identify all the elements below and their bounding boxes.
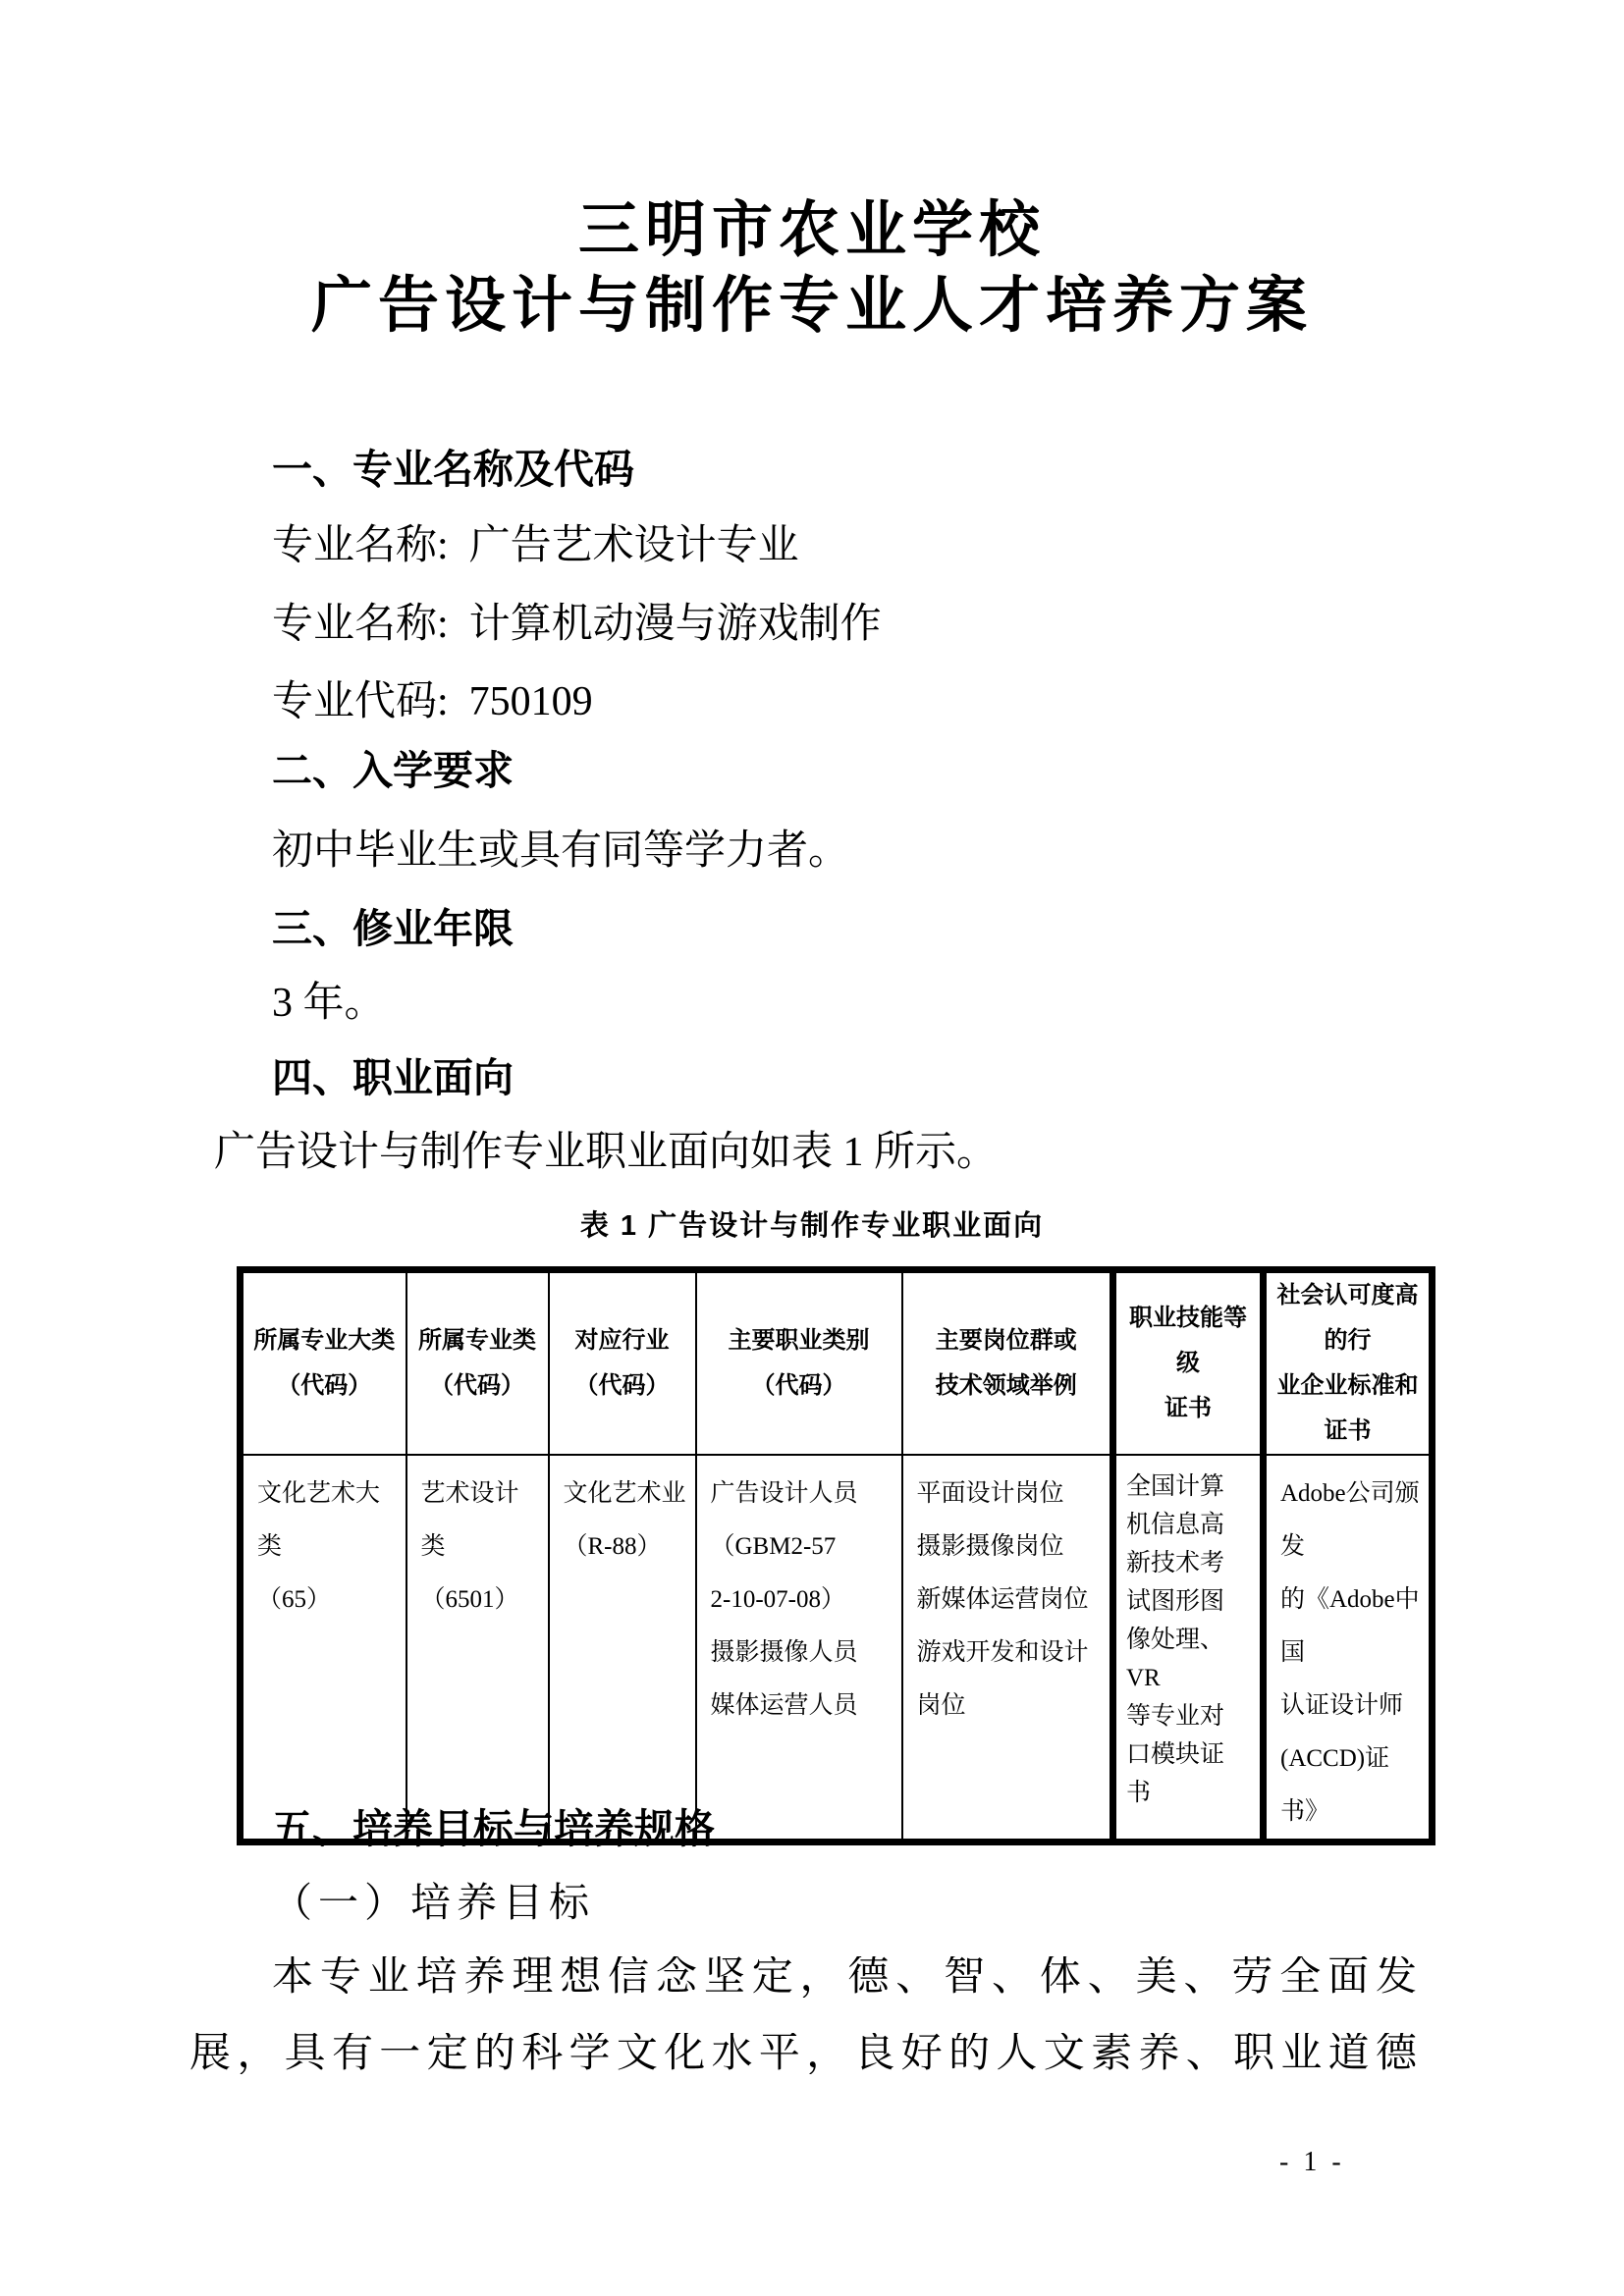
doc-title-line-2: 广告设计与制作专业人才培养方案	[0, 276, 1624, 337]
career-orientation-text: 广告设计与制作专业职业面向如表 1 所示。	[214, 1132, 998, 1173]
table-header-occupation-category: 主要职业类别 （代码）	[696, 1270, 902, 1456]
section-1-heading: 一、专业名称及代码	[272, 450, 634, 490]
training-objective-line-2: 展，具有一定的科学文化水平，良好的人文素养、职业道德	[189, 2033, 1419, 2074]
table-1-caption: 表 1 广告设计与制作专业职业面向	[0, 1212, 1624, 1241]
section-2-heading: 二、入学要求	[272, 751, 514, 791]
table-cell-major-class: 艺术设计类 （6501）	[406, 1455, 549, 1842]
table-header-major-class: 所属专业类 （代码）	[406, 1270, 549, 1456]
study-duration-text: 3 年。	[272, 983, 386, 1024]
table-header-row: 所属专业大类 （代码） 所属专业类 （代码） 对应行业 （代码） 主要职业类别 …	[241, 1270, 1433, 1456]
section-3-heading: 三、修业年限	[272, 909, 514, 949]
page-number: - 1 -	[1279, 2149, 1345, 2176]
table-row: 文化艺术大类 （65） 艺术设计类 （6501） 文化艺术业 （R-88） 广告…	[241, 1455, 1433, 1842]
training-objective-subheading: （一）培养目标	[272, 1883, 595, 1923]
table-header-skill-certificate: 职业技能等级 证书	[1113, 1270, 1264, 1456]
table-cell-post-group: 平面设计岗位 摄影摄像岗位 新媒体运营岗位 游戏开发和设计 岗位	[902, 1455, 1113, 1842]
table-cell-industry-standard: Adobe公司颁发 的《Adobe中国 认证设计师 (ACCD)证书》	[1264, 1455, 1433, 1842]
table-1-career-orientation: 所属专业大类 （代码） 所属专业类 （代码） 对应行业 （代码） 主要职业类别 …	[237, 1266, 1435, 1845]
major-name-line-1: 专业名称: 广告艺术设计专业	[272, 525, 799, 566]
doc-title-line-1: 三明市农业学校	[0, 200, 1624, 261]
section-4-heading: 四、职业面向	[272, 1058, 514, 1098]
major-code-line: 专业代码: 750109	[272, 681, 593, 722]
table-header-industry: 对应行业 （代码）	[549, 1270, 696, 1456]
table-cell-major-category: 文化艺术大类 （65）	[241, 1455, 406, 1842]
document-page: 三明市农业学校 广告设计与制作专业人才培养方案 一、专业名称及代码 专业名称: …	[0, 0, 1624, 2296]
major-name-line-2: 专业名称: 计算机动漫与游戏制作	[272, 604, 882, 645]
table-header-major-category: 所属专业大类 （代码）	[241, 1270, 406, 1456]
table-header-post-group: 主要岗位群或 技术领域举例	[902, 1270, 1113, 1456]
table-cell-industry: 文化艺术业 （R-88）	[549, 1455, 696, 1842]
training-objective-line-1: 本专业培养理想信念坚定，德、智、体、美、劳全面发	[272, 1956, 1419, 1998]
table-cell-occupation-category: 广告设计人员 （GBM2-57 2-10-07-08） 摄影摄像人员 媒体运营人…	[696, 1455, 902, 1842]
table-header-industry-standard: 社会认可度高的行 业企业标准和证书	[1264, 1270, 1433, 1456]
section-5-heading: 五、培养目标与培养规格	[272, 1809, 715, 1849]
admission-requirements-text: 初中毕业生或具有同等学力者。	[272, 830, 849, 872]
table-cell-skill-certificate: 全国计算 机信息高 新技术考 试图形图 像处理、VR 等专业对 口模块证 书	[1113, 1455, 1264, 1842]
